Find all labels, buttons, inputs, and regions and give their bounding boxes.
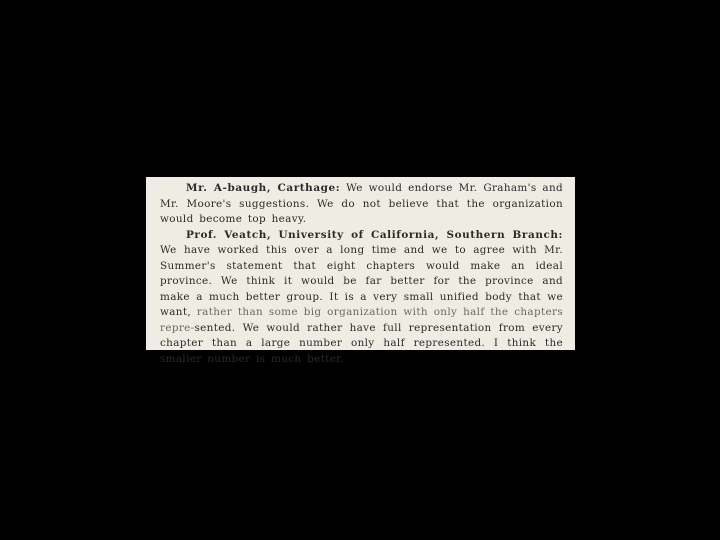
paragraph-text-end: sented. We would rather have full repres…: [160, 322, 563, 365]
scanned-document-page: Mr. A-baugh, Carthage: We would endorse …: [146, 177, 575, 350]
speaker-name: Mr. A-baugh, Carthage:: [186, 182, 340, 194]
paragraph-arbaugh: Mr. A-baugh, Carthage: We would endorse …: [160, 181, 563, 228]
speaker-name: Prof. Veatch, University of California, …: [186, 229, 563, 241]
paragraph-veatch: Prof. Veatch, University of California, …: [160, 228, 563, 368]
